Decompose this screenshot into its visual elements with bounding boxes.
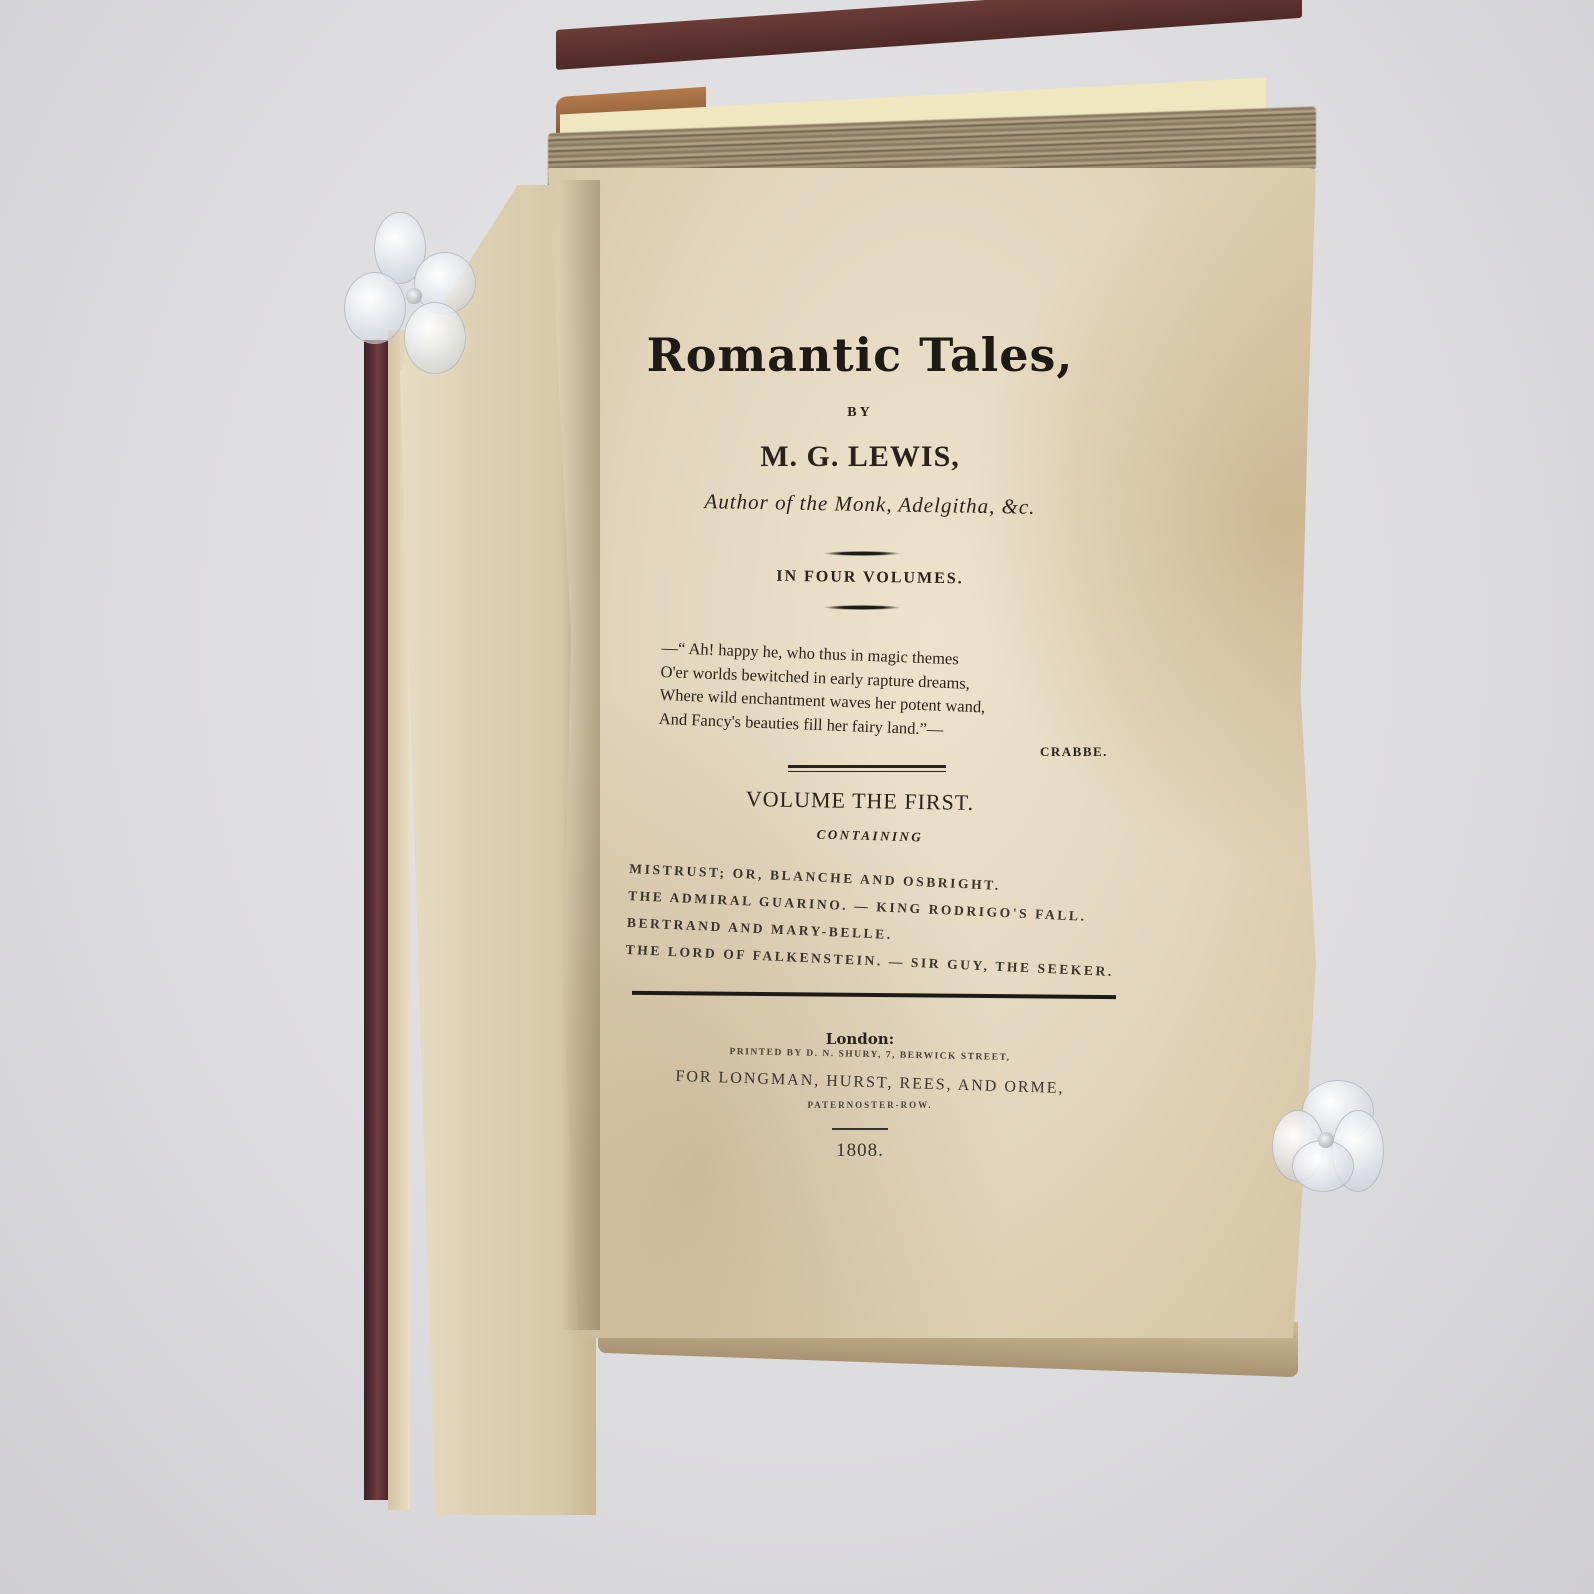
book-title: Romantic Tales,	[560, 328, 1160, 382]
ornament-rule-bottom	[824, 605, 900, 610]
book-clip-bottom-right	[1262, 1080, 1412, 1230]
imprint-address: PATERNOSTER-ROW.	[780, 1100, 960, 1110]
double-rule	[788, 765, 946, 772]
contents-list: MISTRUST; OR, BLANCHE AND OSBRIGHT. THE …	[625, 855, 1129, 986]
volumes-note: IN FOUR VOLUMES.	[740, 567, 1000, 589]
front-cover-board	[364, 340, 390, 1500]
clip-pin	[406, 288, 422, 304]
clip-lobe	[344, 272, 406, 344]
author-name: M. G. LEWIS,	[660, 440, 1060, 474]
book-clip-top-left	[344, 212, 494, 362]
epigraph-attribution: CRABBE.	[1040, 744, 1130, 760]
ornament-rule-top	[824, 551, 900, 556]
volume-heading: VOLUME THE FIRST.	[700, 785, 1020, 817]
clip-lobe	[404, 302, 466, 374]
epigraph: —“ Ah! happy he, who thus in magic theme…	[658, 636, 1081, 746]
by-line: BY	[770, 405, 950, 421]
back-cover-board	[556, 0, 1302, 70]
imprint-year: 1808.	[800, 1140, 920, 1162]
imprint-city: London:	[790, 1030, 930, 1048]
clip-lobe	[1292, 1140, 1354, 1192]
clip-pin	[1318, 1132, 1334, 1148]
thin-rule	[832, 1128, 888, 1130]
